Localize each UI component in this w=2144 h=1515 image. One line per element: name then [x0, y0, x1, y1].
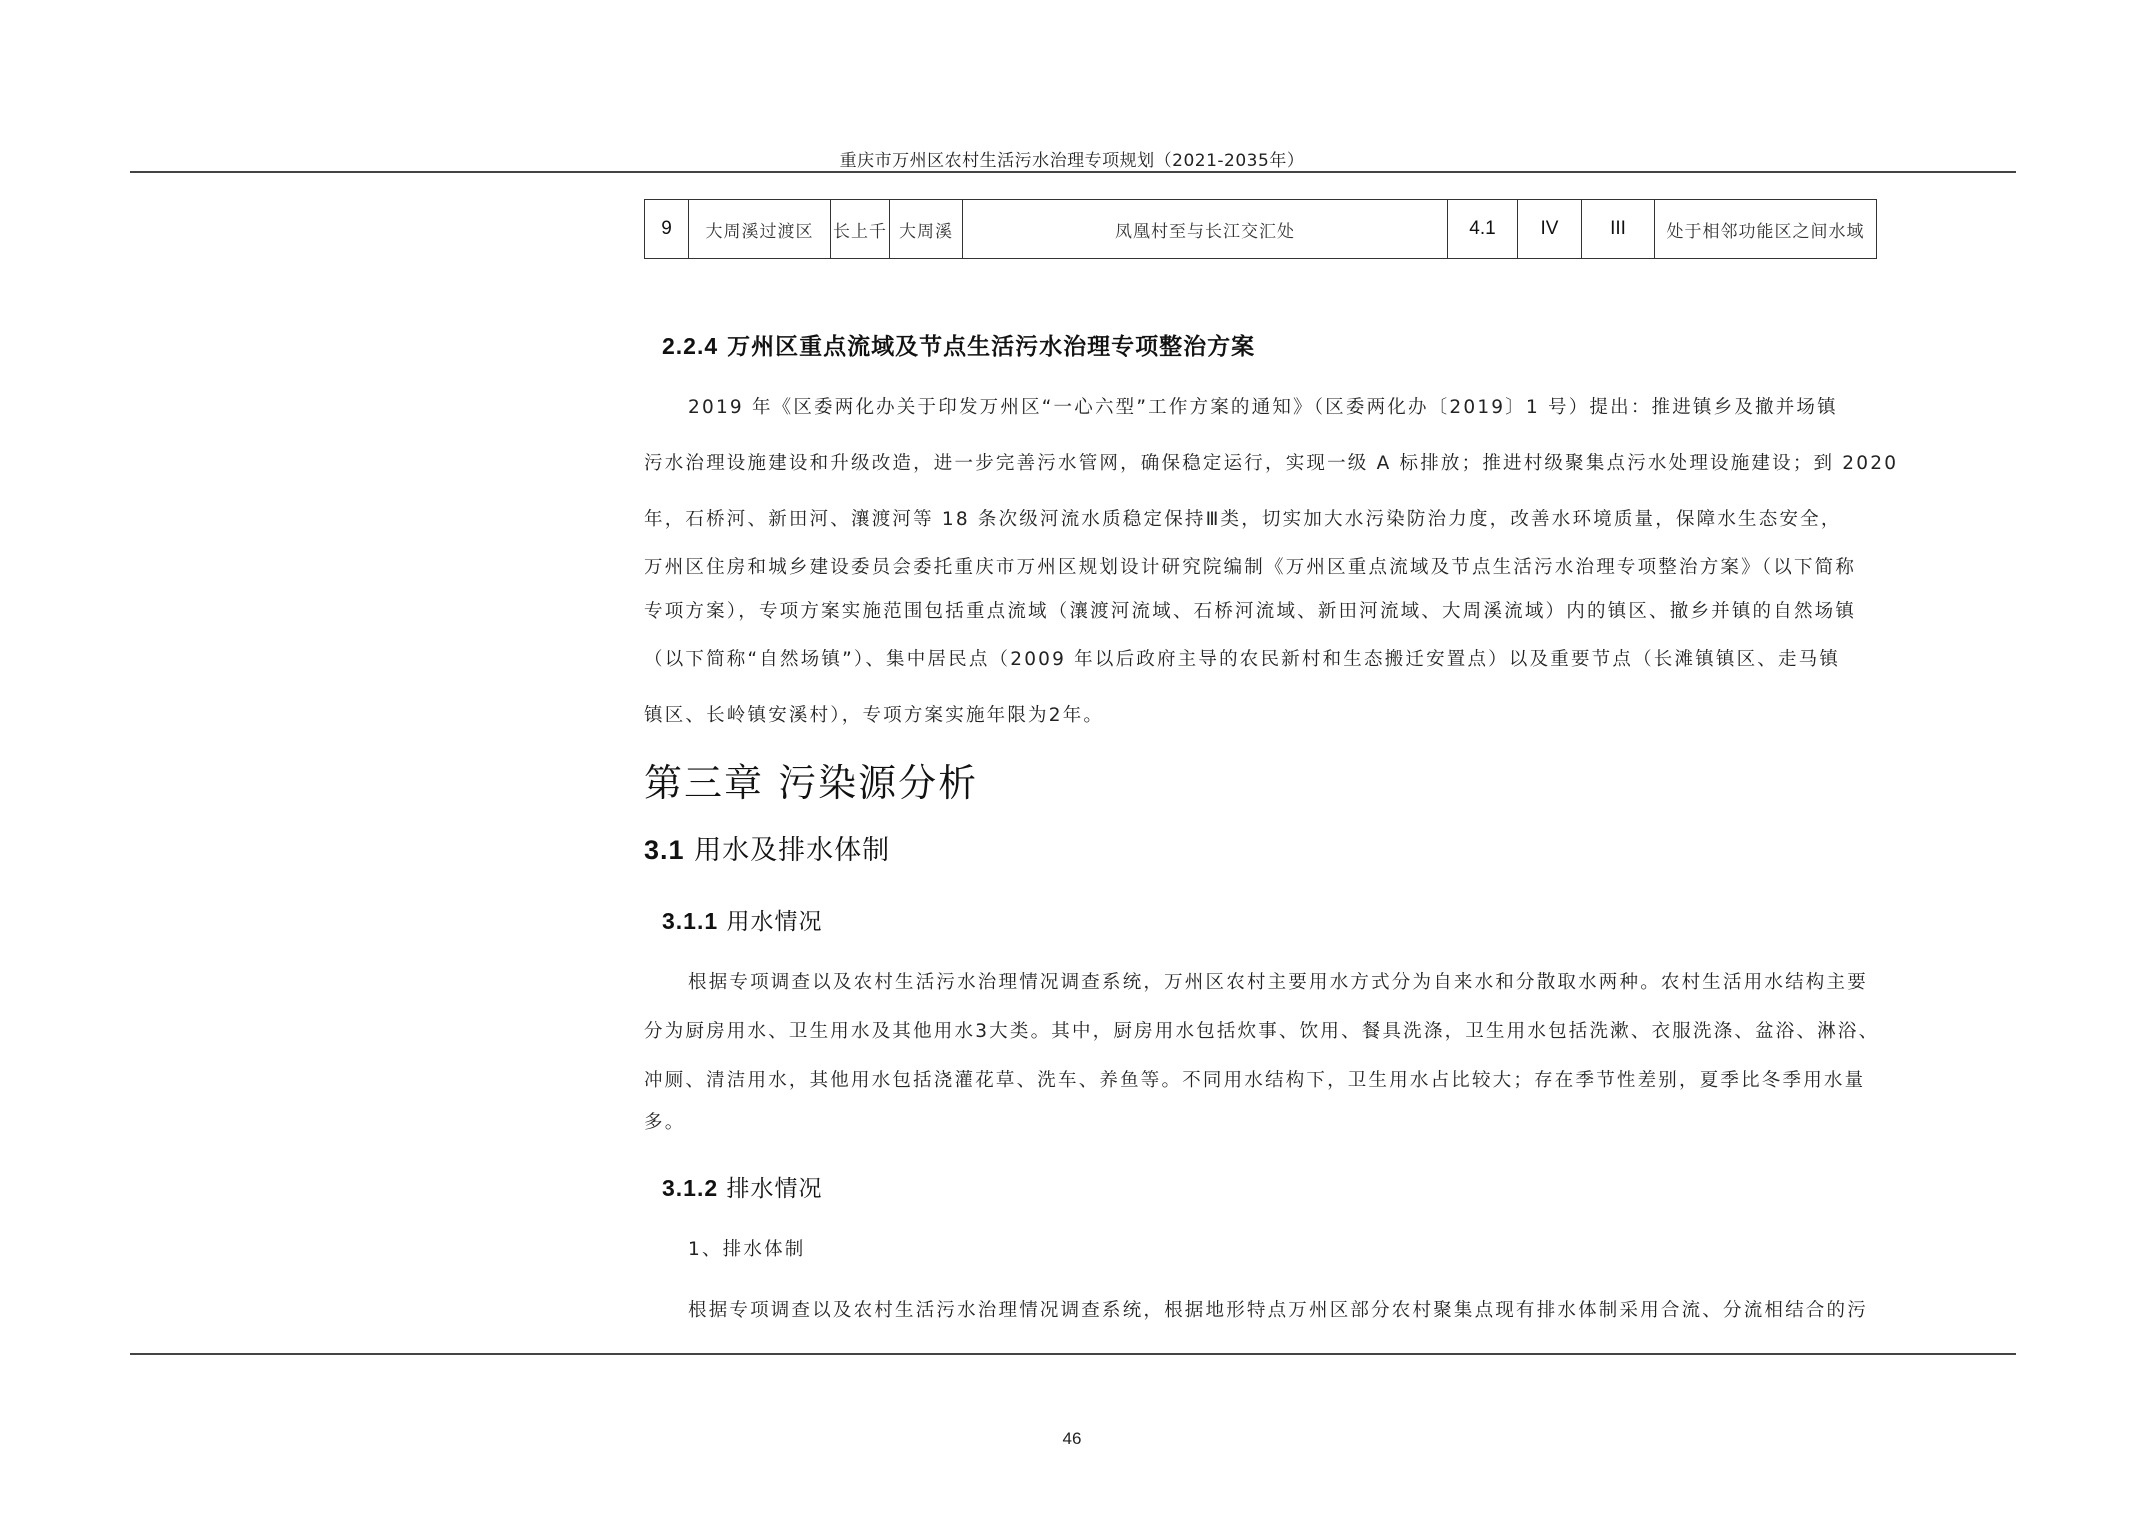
section-heading-2-2-4: 2.2.4 万州区重点流域及节点生活污水治理专项整治方案	[662, 328, 1255, 361]
section-number: 3.1	[644, 835, 685, 865]
paragraph-line: 多。	[644, 1108, 1914, 1134]
cell-current-class: IV	[1518, 200, 1582, 259]
footer-rule	[130, 1353, 2016, 1355]
section-title: 用水及排水体制	[694, 835, 890, 866]
section-title: 用水情况	[726, 909, 822, 935]
paragraph-line: （以下简称“自然场镇”）、集中居民点（2009 年以后政府主导的农民新村和生态搬…	[644, 645, 1914, 671]
paragraph-line: 污水治理设施建设和升级改造，进一步完善污水管网，确保稳定运行，实现一级 A 标排…	[644, 449, 1914, 475]
paragraph-line: 专项方案），专项方案实施范围包括重点流域（瀼渡河流域、石桥河流域、新田河流域、大…	[644, 597, 1914, 623]
section-heading-3-1-1: 3.1.1 用水情况	[662, 903, 822, 936]
cell-length: 4.1	[1448, 200, 1518, 259]
cell-river: 大周溪	[890, 200, 963, 259]
section-number: 3.1.1	[662, 908, 718, 934]
section-title: 万州区重点流域及节点生活污水治理专项整治方案	[727, 334, 1255, 360]
paragraph-line: 2019 年《区委两化办关于印发万州区“一心六型”工作方案的通知》（区委两化办〔…	[688, 393, 1958, 419]
cell-note: 处于相邻功能区之间水域	[1655, 200, 1877, 259]
table-row: 9 大周溪过渡区 长上千 大周溪 凤凰村至与长江交汇处 4.1 IV III 处…	[645, 200, 1877, 259]
header-rule	[130, 171, 2016, 173]
cell-target-class: III	[1582, 200, 1655, 259]
section-title: 排水情况	[726, 1176, 822, 1202]
paragraph-line: 年，石桥河、新田河、瀼渡河等 18 条次级河流水质稳定保持Ⅲ类，切实加大水污染防…	[644, 505, 1914, 531]
paragraph-line: 分为厨房用水、卫生用水及其他用水3大类。其中，厨房用水包括炊事、饮用、餐具洗涤，…	[644, 1017, 1914, 1043]
cell-zone-name: 大周溪过渡区	[689, 200, 831, 259]
paragraph-line: 根据专项调查以及农村生活污水治理情况调查系统，根据地形特点万州区部分农村聚集点现…	[688, 1296, 1958, 1322]
paragraph-line: 万州区住房和城乡建设委员会委托重庆市万州区规划设计研究院编制《万州区重点流域及节…	[644, 553, 1914, 579]
paragraph-line: 根据专项调查以及农村生活污水治理情况调查系统，万州区农村主要用水方式分为自来水和…	[688, 968, 1958, 994]
section-number: 2.2.4	[662, 333, 718, 359]
chapter-heading: 第三章 污染源分析	[644, 752, 978, 807]
cell-index: 9	[645, 200, 689, 259]
paragraph-line: 冲厕、清洁用水，其他用水包括浇灌花草、洗车、养鱼等。不同用水结构下，卫生用水占比…	[644, 1066, 1914, 1092]
list-item-heading: 1、排水体制	[688, 1235, 1958, 1261]
running-header: 重庆市万州区农村生活污水治理专项规划（2021-2035年）	[0, 146, 2144, 171]
section-number: 3.1.2	[662, 1175, 718, 1201]
section-heading-3-1-2: 3.1.2 排水情况	[662, 1170, 822, 1203]
paragraph-line: 镇区、长岭镇安溪村），专项方案实施年限为2年。	[644, 701, 1914, 727]
cell-town: 长上千	[831, 200, 890, 259]
cell-range: 凤凰村至与长江交汇处	[963, 200, 1448, 259]
water-function-zone-table: 9 大周溪过渡区 长上千 大周溪 凤凰村至与长江交汇处 4.1 IV III 处…	[644, 199, 1877, 259]
page-number: 46	[0, 1429, 2144, 1449]
section-heading-3-1: 3.1 用水及排水体制	[644, 828, 890, 867]
